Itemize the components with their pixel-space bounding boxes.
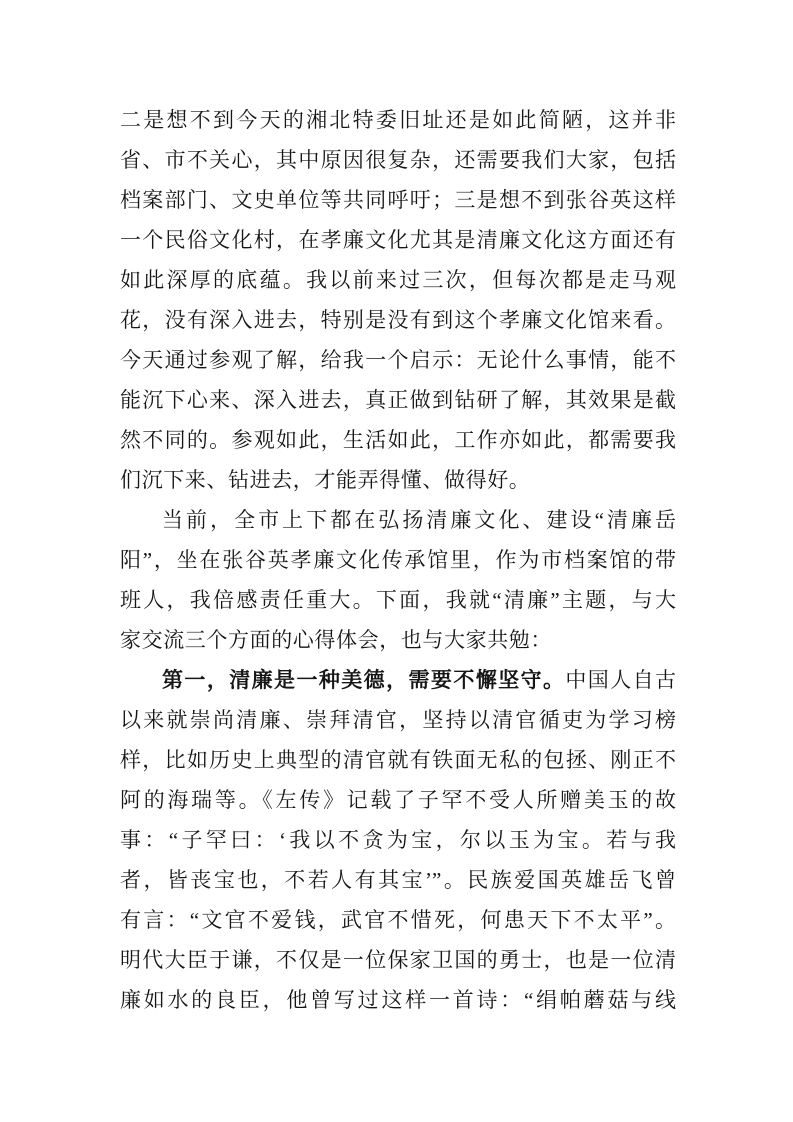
text-line: 档案部门、文史单位等共同呼吁；三是想不到张谷英这样 [120,180,676,220]
text-run: 们沉下来、钻进去，才能弄得懂、做得好。 [120,468,530,492]
text-line: 一个民俗文化村，在孝廉文化尤其是清廉文化这方面还有 [120,220,676,260]
text-run: 二是想不到今天的湘北特委旧址还是如此简陋，这并非 [120,108,676,132]
text-run: 有言：“文官不爱钱，武官不惜死，何患天下不太平”。 [120,908,676,932]
bold-heading-run: 第一，清廉是一种美德，需要不懈坚守。 [162,669,565,692]
text-line: 事：“子罕曰：‘我以不贪为宝，尔以玉为宝。若与我 [120,820,676,860]
text-run: 如此深厚的底蕴。我以前来过三次，但每次都是走马观 [120,268,676,292]
text-line: 第一，清廉是一种美德，需要不懈坚守。中国人自古 [120,660,676,700]
document-text-block: 二是想不到今天的湘北特委旧址还是如此简陋，这并非省、市不关心，其中原因很复杂，还… [120,100,676,1020]
text-run: 以来就崇尚清廉、崇拜清官，坚持以清官循吏为学习榜 [120,708,676,732]
text-run: 省、市不关心，其中原因很复杂，还需要我们大家，包括 [120,148,676,172]
text-run: 能沉下心来、深入进去，真正做到钻研了解，其效果是截 [120,388,676,412]
text-line: 阳”，坐在张谷英孝廉文化传承馆里，作为市档案馆的带 [120,540,676,580]
text-line: 省、市不关心，其中原因很复杂，还需要我们大家，包括 [120,140,676,180]
text-line: 如此深厚的底蕴。我以前来过三次，但每次都是走马观 [120,260,676,300]
text-line: 今天通过参观了解，给我一个启示：无论什么事情，能不 [120,340,676,380]
text-run: 明代大臣于谦，不仅是一位保家卫国的勇士，也是一位清 [120,948,676,972]
text-line: 当前，全市上下都在弘扬清廉文化、建设“清廉岳 [120,500,676,540]
text-run: 档案部门、文史单位等共同呼吁；三是想不到张谷英这样 [120,188,676,212]
document-page: 二是想不到今天的湘北特委旧址还是如此简陋，这并非省、市不关心，其中原因很复杂，还… [0,0,793,1122]
text-line: 以来就崇尚清廉、崇拜清官，坚持以清官循吏为学习榜 [120,700,676,740]
text-run: 者，皆丧宝也，不若人有其宝’”。民族爱国英雄岳飞曾 [120,868,676,892]
text-run: 阿的海瑞等。《左传》记载了子罕不受人所赠美玉的故 [120,788,676,812]
text-line: 们沉下来、钻进去，才能弄得懂、做得好。 [120,460,676,500]
text-run: 廉如水的良臣，他曾写过这样一首诗：“绢帕蘑菇与线 [120,988,676,1012]
text-line: 阿的海瑞等。《左传》记载了子罕不受人所赠美玉的故 [120,780,676,820]
text-run: 阳”，坐在张谷英孝廉文化传承馆里，作为市档案馆的带 [120,548,676,572]
text-line: 班人，我倍感责任重大。下面，我就“清廉”主题，与大 [120,580,676,620]
text-line: 者，皆丧宝也，不若人有其宝’”。民族爱国英雄岳飞曾 [120,860,676,900]
text-line: 花，没有深入进去，特别是没有到这个孝廉文化馆来看。 [120,300,676,340]
text-run: 中国人自古 [565,668,676,692]
text-run: 家交流三个方面的心得体会，也与大家共勉： [120,628,552,652]
text-line: 有言：“文官不爱钱，武官不惜死，何患天下不太平”。 [120,900,676,940]
text-run: 事：“子罕曰：‘我以不贪为宝，尔以玉为宝。若与我 [120,828,676,852]
text-run: 当前，全市上下都在弘扬清廉文化、建设“清廉岳 [162,508,676,532]
text-run: 今天通过参观了解，给我一个启示：无论什么事情，能不 [120,348,676,372]
text-run: 花，没有深入进去，特别是没有到这个孝廉文化馆来看。 [120,308,676,332]
text-run: 样，比如历史上典型的清官就有铁面无私的包拯、刚正不 [120,748,676,772]
text-line: 二是想不到今天的湘北特委旧址还是如此简陋，这并非 [120,100,676,140]
text-line: 明代大臣于谦，不仅是一位保家卫国的勇士，也是一位清 [120,940,676,980]
text-line: 家交流三个方面的心得体会，也与大家共勉： [120,620,676,660]
text-line: 廉如水的良臣，他曾写过这样一首诗：“绢帕蘑菇与线 [120,980,676,1020]
text-line: 然不同的。参观如此，生活如此，工作亦如此，都需要我 [120,420,676,460]
text-run: 然不同的。参观如此，生活如此，工作亦如此，都需要我 [120,428,676,452]
text-run: 班人，我倍感责任重大。下面，我就“清廉”主题，与大 [120,588,676,612]
text-run: 一个民俗文化村，在孝廉文化尤其是清廉文化这方面还有 [120,228,676,252]
text-line: 样，比如历史上典型的清官就有铁面无私的包拯、刚正不 [120,740,676,780]
text-line: 能沉下心来、深入进去，真正做到钻研了解，其效果是截 [120,380,676,420]
